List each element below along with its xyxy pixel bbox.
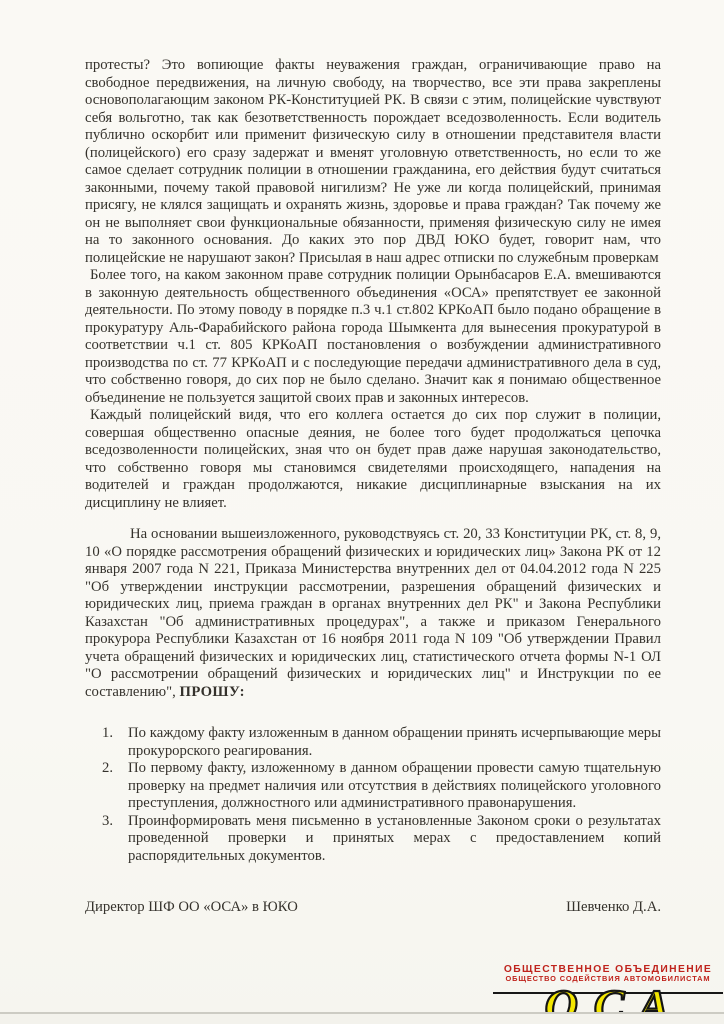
list-item-number: 1.	[85, 725, 128, 760]
signature-name: Шевченко Д.А.	[566, 899, 661, 917]
paragraph-osa-interference: Более того, на каком законном праве сотр…	[85, 267, 661, 407]
paragraph-rights-violation: протесты? Это вопиющие факты неуважения …	[85, 57, 661, 267]
request-list: 1. По каждому факту изложенным в данном …	[85, 725, 661, 865]
request-label: ПРОШУ:	[180, 684, 245, 700]
signature-row: Директор ШФ ОО «ОСА» в ЮКО Шевченко Д.А.	[85, 899, 661, 917]
list-item: 3. Проинформировать меня письменно в уст…	[85, 813, 661, 866]
list-item-number: 2.	[85, 760, 128, 813]
scan-bottom-strip	[0, 1014, 724, 1024]
paragraph-police-impunity: Каждый полицейский видя, что его коллега…	[85, 407, 661, 512]
paragraph-legal-basis: На основании вышеизложенного, руководств…	[85, 526, 661, 701]
signature-title: Директор ШФ ОО «ОСА» в ЮКО	[85, 899, 298, 917]
list-item-text: По каждому факту изложенным в данном обр…	[128, 725, 661, 760]
list-item-text: По первому факту, изложенному в данном о…	[128, 760, 661, 813]
letter-body: протесты? Это вопиющие факты неуважения …	[85, 57, 661, 917]
scanned-letter-page: протесты? Это вопиющие факты неуважения …	[0, 0, 724, 1024]
list-item: 1. По каждому факту изложенным в данном …	[85, 725, 661, 760]
legal-basis-text: На основании вышеизложенного, руководств…	[85, 526, 661, 700]
list-item-number: 3.	[85, 813, 128, 866]
list-item: 2. По первому факту, изложенному в данно…	[85, 760, 661, 813]
list-item-text: Проинформировать меня письменно в устано…	[128, 813, 661, 866]
